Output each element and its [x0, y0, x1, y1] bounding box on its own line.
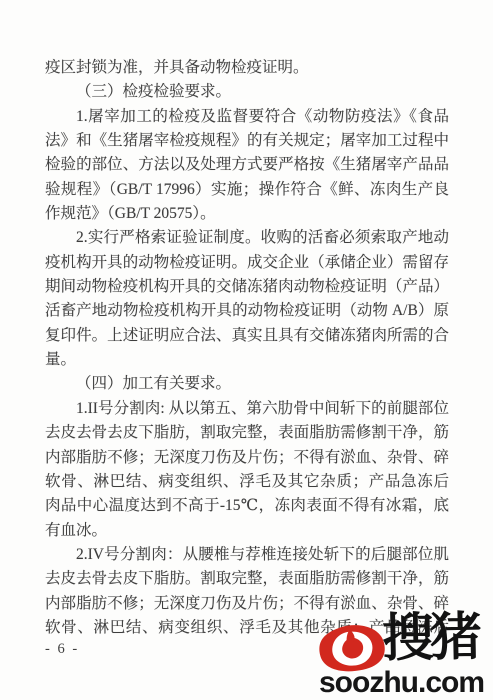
text-line: 1.屠宰加工的检疫及监督要符合《动物防疫法》《食品安全: [45, 105, 449, 129]
text-line: 检验的部位、方法以及处理方式要严格按《生猪屠宰产品品质检: [45, 153, 449, 177]
text-line: 软骨、淋巴结、病变组织、浮毛及其它杂质；产品急冻后 24 小时: [45, 470, 449, 494]
text-line: 活畜产地动物检疫机构开具的动物检疫证明（动物 A/B）原件或: [45, 299, 449, 323]
section-heading: （三）检疫检验要求。: [45, 80, 449, 104]
text-line: 验规程》（GB/T 17996）实施；操作符合《鲜、冻肉生产良好操: [45, 178, 449, 202]
text-line: 复印件。上述证明应合法、真实且具有交储冻猪肉所需的合理数: [45, 324, 449, 348]
page-number: - 6 -: [45, 641, 79, 658]
text-line: 疫机构开具的动物检疫证明。成交企业（承储企业）需留存加工: [45, 251, 449, 275]
document-page: 疫区封锁为准，并具备动物检疫证明。 （三）检疫检验要求。 1.屠宰加工的检疫及监…: [0, 0, 493, 700]
text-line: 法》和《生猪屠宰检疫规程》的有关规定；屠宰加工过程中肉品: [45, 129, 449, 153]
text-line: 1.II号分割肉: 从以第五、第六肋骨中间斩下的前腿部位肌肉，: [45, 397, 449, 421]
text-line: 去皮去骨去皮下脂肪，割取完整，表面脂肪需修割干净，筋膜和: [45, 421, 449, 445]
text-line: 内部脂肪不修；无深度刀伤及片伤；不得有淤血、杂骨、碎骨、: [45, 446, 449, 470]
soozhu-domain-text: soozhu.com: [319, 668, 484, 698]
text-line: 量。: [45, 348, 449, 372]
document-body: 疫区封锁为准，并具备动物检疫证明。 （三）检疫检验要求。 1.屠宰加工的检疫及监…: [45, 56, 449, 640]
section-heading: （四）加工有关要求。: [45, 372, 449, 396]
text-line: 有血冰。: [45, 519, 449, 543]
soozhu-brand-name: 搜猪: [382, 609, 493, 669]
soozhu-pig-swirl-logo-icon: [318, 624, 386, 672]
soozhu-watermark: 搜猪 soozhu.com: [316, 606, 493, 700]
text-line: 作规范》（GB/T 20575）。: [45, 202, 449, 226]
text-line: 2.IV号分割肉：从腰椎与荐椎连接处斩下的后腿部位肌肉，: [45, 543, 449, 567]
text-line: 去皮去骨去皮下脂肪。割取完整，表面脂肪需修割干净，筋膜和: [45, 567, 449, 591]
text-line: 2.实行严格索证验证制度。收购的活畜必须索取产地动物检: [45, 226, 449, 250]
text-line: 肉品中心温度达到不高于-15℃，冻肉表面不得有冰霜，底面不得: [45, 494, 449, 518]
text-line: 期间动物检疫机构开具的交储冻猪肉动物检疫证明（产品）原件、: [45, 275, 449, 299]
text-line: 疫区封锁为准，并具备动物检疫证明。: [45, 56, 449, 80]
